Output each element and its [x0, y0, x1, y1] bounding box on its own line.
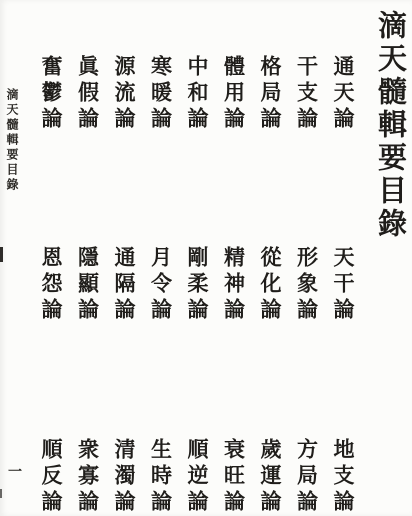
toc-entry: 衆寡論 — [77, 438, 98, 516]
toc-entry: 從化論 — [259, 246, 280, 324]
toc-entry: 順反論 — [40, 438, 61, 516]
toc-entry: 源流論 — [113, 55, 134, 133]
running-title: 滴天髓輯要目錄 — [6, 88, 18, 193]
toc-entry: 體用論 — [223, 55, 244, 133]
toc-entry: 中和論 — [186, 55, 207, 133]
toc-entry: 衰旺論 — [223, 438, 244, 516]
toc-entry: 恩怨論 — [40, 246, 61, 324]
page-number: 一 — [6, 464, 20, 478]
toc-entry: 精神論 — [223, 246, 244, 324]
toc-entry: 寒暖論 — [150, 55, 171, 133]
toc-entry: 眞假論 — [77, 55, 98, 133]
toc-row-middle: 天干論 形象論 從化論 精神論 剛柔論 月令論 通隔論 隱顯論 恩怨論 — [40, 246, 353, 324]
scan-artifact — [0, 489, 2, 498]
toc-entry: 通隔論 — [113, 246, 134, 324]
toc-entry: 順逆論 — [186, 438, 207, 516]
scan-artifact — [0, 247, 3, 262]
toc-row-bottom: 地支論 方局論 歲運論 衰旺論 順逆論 生時論 清濁論 衆寡論 順反論 — [40, 438, 353, 516]
toc-entry: 隱顯論 — [77, 246, 98, 324]
toc-entry: 方局論 — [296, 438, 317, 516]
toc-entry: 剛柔論 — [186, 246, 207, 324]
toc-row-top: 通天論 干支論 格局論 體用論 中和論 寒暖論 源流論 眞假論 奮鬱論 — [40, 55, 353, 133]
toc-entry: 地支論 — [332, 438, 353, 516]
toc-entry: 通天論 — [332, 55, 353, 133]
toc-entry: 格局論 — [259, 55, 280, 133]
toc-entry: 奮鬱論 — [40, 55, 61, 133]
page-title: 滴天髓輯要目錄 — [375, 10, 404, 241]
toc-entry: 歲運論 — [259, 438, 280, 516]
toc-entry: 清濁論 — [113, 438, 134, 516]
toc-entry: 干支論 — [296, 55, 317, 133]
toc-entry: 形象論 — [296, 246, 317, 324]
toc-grid: 通天論 干支論 格局論 體用論 中和論 寒暖論 源流論 眞假論 奮鬱論 天干論 … — [40, 0, 353, 516]
toc-entry: 月令論 — [150, 246, 171, 324]
toc-entry: 生時論 — [150, 438, 171, 516]
toc-entry: 天干論 — [332, 246, 353, 324]
toc-page: 滴天髓輯要目錄 通天論 干支論 格局論 體用論 中和論 寒暖論 源流論 眞假論 … — [0, 0, 412, 516]
